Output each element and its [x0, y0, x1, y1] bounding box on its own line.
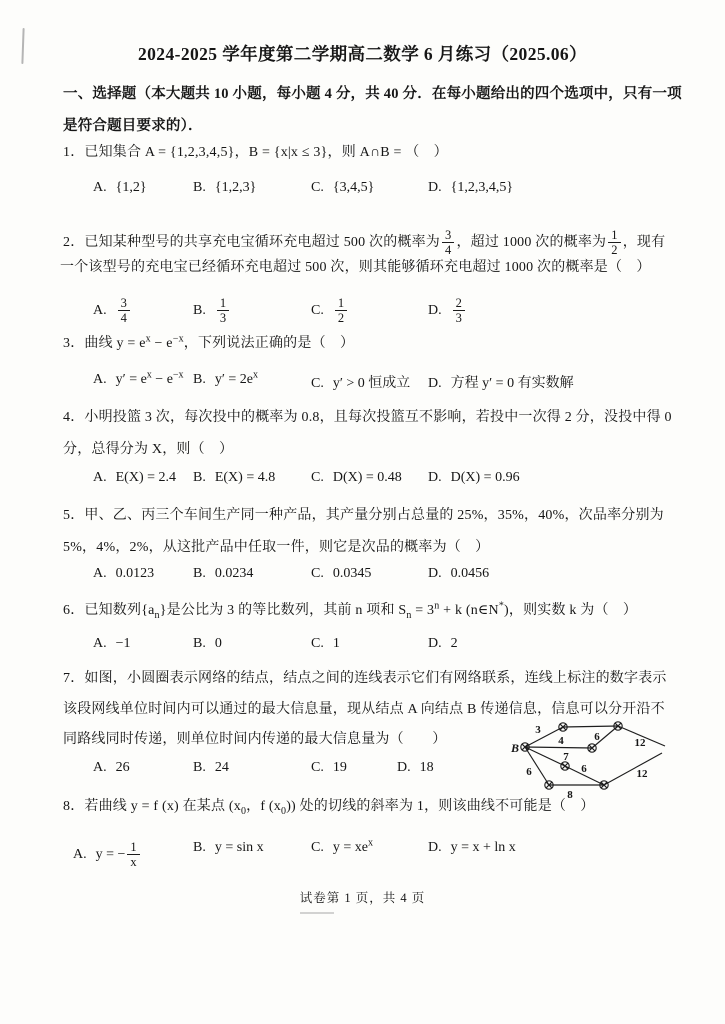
option-d: D.y = x + ln x: [428, 840, 516, 856]
section-heading-line-1: 一、选择题（本大题共 10 小题，每小题 4 分，共 40 分．在每小题给出的四…: [63, 84, 682, 104]
option-d: D.方程 y′ = 0 有实数解: [428, 372, 574, 392]
option-c: C.0.0345: [311, 566, 371, 582]
question-7-stem-line-1: 7．如图，小圆圈表示网络的结点，结点之间的连线表示它们有网络联系，连线上标注的数…: [63, 669, 667, 689]
question-5-stem-line-1: 5．甲、乙、丙三个车间生产同一种产品，其产量分别占总量的 25%，35%，40%…: [63, 506, 664, 526]
edge-label: 6: [581, 763, 587, 775]
edge-n6-a: [604, 753, 662, 785]
question-7-stem-line-3: 同路线同时传递，则单位时间内传递的最大信息量为（ ）: [63, 730, 446, 750]
option-a: A.y′ = ex − e−x: [93, 372, 184, 388]
question-1-options: A.{1,2} B.{1,2,3} C.{3,4,5} D.{1,2,3,4,5…: [63, 180, 703, 202]
option-c: C.D(X) = 0.48: [311, 470, 402, 486]
option-c: C.y = xex: [311, 840, 373, 856]
question-2-options: A.34 B.13 C.12 D.23: [63, 296, 703, 318]
option-a: A.34: [93, 296, 132, 326]
option-b: B.13: [193, 296, 231, 326]
option-c: C.1: [311, 636, 340, 652]
option-a: A.−1: [93, 636, 131, 652]
scan-artifact-smudge: [300, 912, 334, 914]
question-6-stem: 6．已知数列{an}是公比为 3 的等比数列，其前 n 项和 Sn = 3n +…: [63, 601, 637, 621]
option-d: D.2: [428, 636, 458, 652]
question-5-options: A.0.0123 B.0.0234 C.0.0345 D.0.0456: [63, 566, 703, 588]
option-c: C.y′ > 0 恒成立: [311, 372, 410, 392]
edge-label: 6: [526, 766, 532, 778]
question-8-stem: 8．若曲线 y = f (x) 在某点 (x0，f (x0)) 处的切线的斜率为…: [63, 797, 595, 817]
option-a: A.E(X) = 2.4: [93, 470, 176, 486]
exam-title: 2024-2025 学年度第二学期高二数学 6 月练习（2025.06）: [0, 44, 725, 64]
section-heading-line-2: 是符合题目要求的）．: [63, 116, 203, 136]
option-a: A.{1,2}: [93, 180, 147, 196]
option-d: D.0.0456: [428, 566, 489, 582]
node-b-label: B: [510, 741, 519, 755]
question-3-stem: 3．曲线 y = ex − e−x，下列说法正确的是（ ）: [63, 334, 354, 354]
option-a: A.y = −1x: [73, 840, 142, 870]
option-b: B.y = sin x: [193, 840, 264, 856]
question-2-stem-line-1: 2．已知某种型号的共享充电宝循环充电超过 500 次的概率为34，超过 1000…: [63, 228, 665, 258]
option-b: B.0.0234: [193, 566, 253, 582]
option-b: B.24: [193, 760, 229, 776]
question-8-options: A.y = −1x B.y = sin x C.y = xex D.y = x …: [63, 840, 703, 862]
option-d: D.18: [397, 760, 434, 776]
option-d: D.23: [428, 296, 467, 326]
edge-label: 7: [563, 751, 569, 763]
page-footer: 试卷第 1 页，共 4 页: [0, 888, 725, 908]
edge-label: 12: [637, 768, 649, 780]
option-a: A.0.0123: [93, 566, 154, 582]
option-b: B.{1,2,3}: [193, 180, 256, 196]
question-6-options: A.−1 B.0 C.1 D.2: [63, 636, 703, 658]
edge-b-n3: [525, 747, 592, 748]
question-5-stem-line-2: 5%，4%，2%，从这批产品中任取一件，则它是次品的概率为（ ）: [63, 538, 489, 558]
question-2-stem-line-2: 一个该型号的充电宝已经循环充电超过 500 次，则其能够循环充电超过 1000 …: [60, 258, 651, 278]
option-d: D.D(X) = 0.96: [428, 470, 520, 486]
edge-n1-n2: [563, 726, 618, 727]
question-3-options: A.y′ = ex − e−x B.y′ = 2ex C.y′ > 0 恒成立 …: [63, 372, 703, 394]
option-a: A.26: [93, 760, 130, 776]
exam-page: 2024-2025 学年度第二学期高二数学 6 月练习（2025.06） 一、选…: [0, 0, 725, 1024]
option-c: C.{3,4,5}: [311, 180, 374, 196]
option-c: C.12: [311, 296, 349, 326]
question-4-stem-line-2: 分，总得分为 X，则（ ）: [63, 440, 233, 460]
option-d: D.{1,2,3,4,5}: [428, 180, 513, 196]
edge-label: 4: [558, 735, 564, 747]
option-b: B.E(X) = 4.8: [193, 470, 275, 486]
option-c: C.19: [311, 760, 347, 776]
question-4-stem-line-1: 4．小明投篮 3 次，每次投中的概率为 0.8，且每次投篮互不影响，若投中一次得…: [63, 408, 672, 428]
question-4-options: A.E(X) = 2.4 B.E(X) = 4.8 C.D(X) = 0.48 …: [63, 470, 703, 492]
edge-label: 6: [594, 731, 600, 743]
question-1-stem: 1．已知集合 A = {1,2,3,4,5}，B = {x|x ≤ 3}，则 A…: [63, 143, 448, 163]
option-b: B.y′ = 2ex: [193, 372, 258, 388]
edge-label: 12: [635, 737, 647, 749]
option-b: B.0: [193, 636, 222, 652]
edge-label: 3: [535, 724, 541, 736]
